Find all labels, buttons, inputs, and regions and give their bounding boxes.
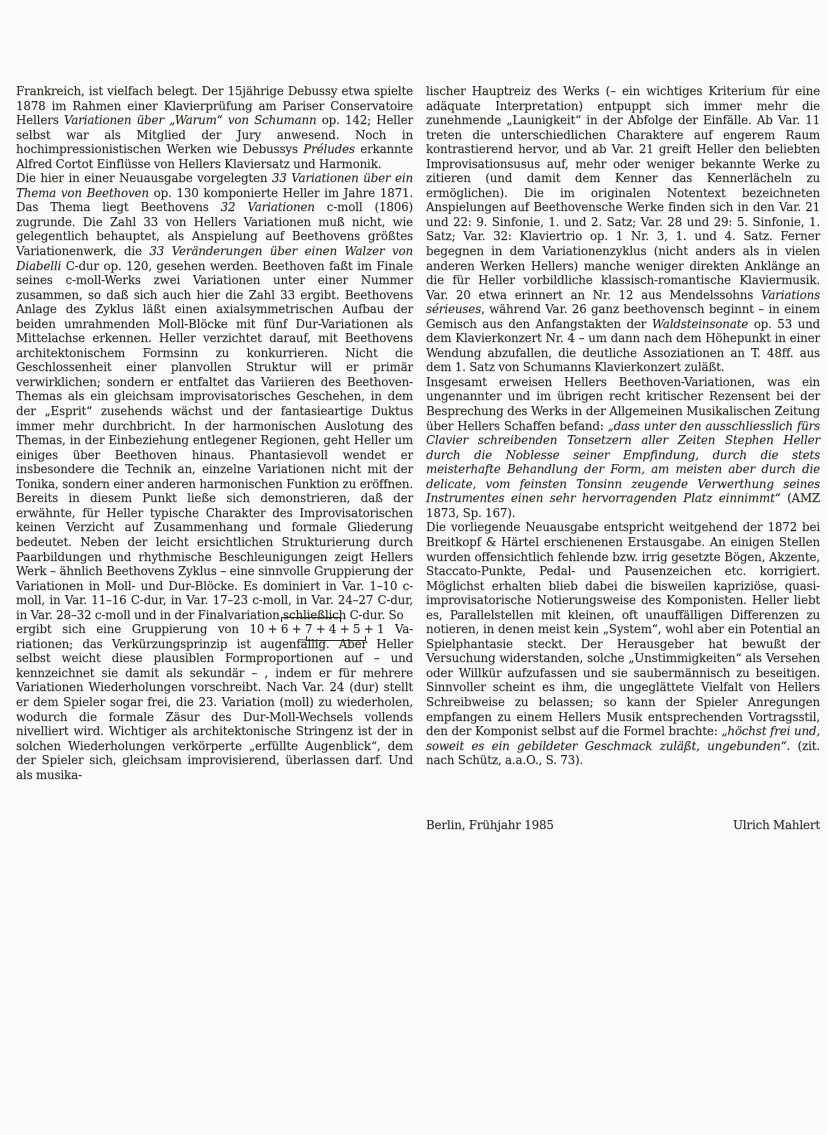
author-name: Ulrich Mahlert — [733, 818, 820, 833]
bracket-over-6-7-4 — [281, 617, 340, 622]
paragraph-edition-notes: Die vorliegende Neuausgabe entspricht we… — [426, 520, 820, 767]
right-column: lischer Hauptreiz des Werks (– ein wicht… — [426, 84, 820, 1135]
left-column: Frankreich, ist vielfach belegt. Der 15j… — [16, 84, 413, 1135]
paragraph-amz-review: Insgesamt erweisen Hellers Beethoven-Var… — [426, 375, 820, 520]
place-date: Berlin, Frühjahr 1985 — [426, 818, 554, 833]
paragraph-allusions: lischer Hauptreiz des Werks (– ein wicht… — [426, 84, 820, 375]
grouping-formula: 10 + 6 + 7 + 4 + 5 + 1 — [249, 622, 384, 637]
formula-lead-text: ergibt sich eine Gruppierung von — [16, 622, 239, 636]
paragraph-work-structure: Die hier in einer Neuausgabe vorgelegten… — [16, 171, 413, 622]
paragraph-debussy-reception: Frankreich, ist vielfach belegt. Der 15j… — [16, 84, 413, 171]
colophon: Berlin, Frühjahr 1985 Ulrich Mahlert — [426, 818, 820, 833]
formula-expression: 10 + 6 + 7 + 4 + 5 + 1 — [249, 622, 384, 636]
formula-trail-text: Va- — [395, 622, 413, 636]
document-page: Frankreich, ist vielfach belegt. Der 15j… — [0, 0, 827, 1135]
grouping-formula-line: ergibt sich eine Gruppierung von 10 + 6 … — [16, 622, 413, 637]
bracket-under-7-4-5 — [306, 636, 365, 641]
paragraph-repetitions: riationen; das Verkürzungsprinzip ist au… — [16, 637, 413, 782]
